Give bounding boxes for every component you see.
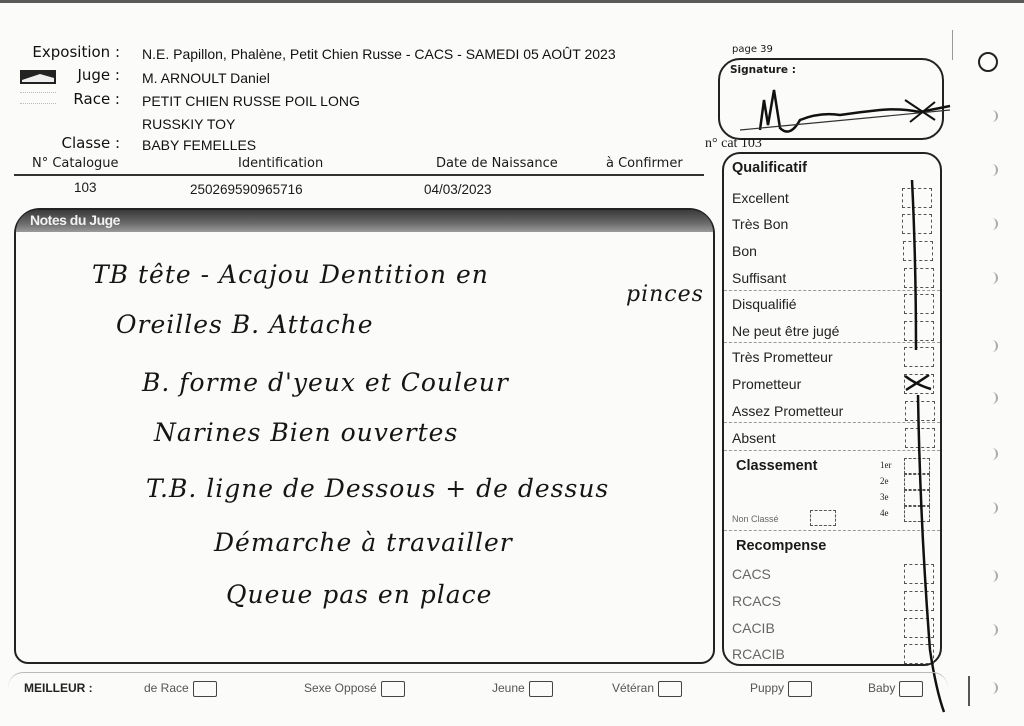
- binder-hole-icon: [988, 272, 998, 284]
- checkbox-absent[interactable]: [905, 428, 935, 448]
- qualificatif-suffisant: Suffisant: [732, 270, 786, 286]
- race-value: PETIT CHIEN RUSSE POIL LONG: [142, 93, 360, 109]
- race-variety: RUSSKIY TOY: [142, 116, 235, 132]
- checkbox-rcacib[interactable]: [904, 644, 934, 664]
- checkbox-ne-peut-etre-juge[interactable]: [904, 321, 934, 341]
- checkbox-baby[interactable]: [899, 681, 923, 697]
- binder-hole-icon: [988, 392, 998, 404]
- checkbox-jeune[interactable]: [529, 681, 553, 697]
- exposition-label: Exposition :: [0, 43, 120, 61]
- juge-value: M. ARNOULT Daniel: [142, 70, 270, 86]
- meilleur-label: MEILLEUR :: [24, 681, 93, 695]
- classe-label: Classe :: [0, 134, 120, 152]
- meilleur-baby: Baby: [868, 681, 923, 697]
- meilleur-de-race: de Race: [144, 681, 217, 697]
- note-line: Démarche à travailler: [214, 528, 513, 557]
- divider: [724, 530, 940, 531]
- check-x-icon: [903, 373, 933, 393]
- meilleur-jeune: Jeune: [492, 681, 553, 697]
- checkbox-excellent[interactable]: [902, 188, 932, 208]
- checkbox-assez-prometteur[interactable]: [905, 401, 935, 421]
- signature-scribble-icon: [720, 60, 960, 140]
- divider: [724, 342, 940, 343]
- signature-box: Signature :: [718, 58, 944, 140]
- qualificatif-assez-prometteur: Assez Prometteur: [732, 403, 843, 419]
- divider: [724, 450, 940, 451]
- checkbox-rcacs[interactable]: [904, 591, 934, 611]
- recompense-rcacib: RCACIB: [732, 646, 785, 662]
- meilleur-veteran: Vétéran: [612, 681, 682, 697]
- meilleur-sexe-oppose-label: Sexe Opposé: [304, 681, 377, 695]
- checkbox-cacib[interactable]: [904, 618, 934, 638]
- checkbox-disqualifie[interactable]: [904, 294, 934, 314]
- note-line: Oreilles B. Attache: [116, 310, 374, 339]
- binder-hole-icon: [988, 570, 998, 582]
- checkbox-veteran[interactable]: [658, 681, 682, 697]
- race-label: Race :: [0, 90, 120, 108]
- qualificatif-absent: Absent: [732, 430, 776, 446]
- checkbox-rank-3[interactable]: [904, 490, 930, 506]
- cell-catalogue: 103: [74, 180, 97, 195]
- meilleur-puppy: Puppy: [750, 681, 812, 697]
- binder-hole-icon: [988, 218, 998, 230]
- judge-notes-header: Notes du Juge: [16, 210, 713, 232]
- scan-top-edge: [0, 0, 1024, 3]
- divider: [724, 422, 940, 423]
- binder-hole-icon: [988, 110, 998, 122]
- checkbox-rank-1[interactable]: [904, 458, 930, 474]
- meilleur-veteran-label: Vétéran: [612, 681, 654, 695]
- binder-hole-icon: [988, 502, 998, 514]
- binder-hole-icon: [988, 624, 998, 636]
- edge-line: [952, 30, 953, 60]
- meilleur-de-race-label: de Race: [144, 681, 189, 695]
- meilleur-puppy-label: Puppy: [750, 681, 784, 695]
- qualification-panel: Qualificatif Excellent Très Bon Bon Suff…: [722, 152, 942, 666]
- note-line: TB tête - Acajou Dentition en: [92, 260, 489, 289]
- non-classe-label: Non Classé: [732, 514, 779, 524]
- checkbox-bon[interactable]: [903, 241, 933, 261]
- table-header: N° Catalogue Identification Date de Nais…: [14, 156, 704, 176]
- binder-hole-icon: [988, 448, 998, 460]
- binder-hole-icon: [988, 682, 998, 694]
- exposition-value: N.E. Papillon, Phalène, Petit Chien Russ…: [142, 46, 616, 62]
- binder-ring-icon: [978, 52, 998, 72]
- qualificatif-title: Qualificatif: [732, 160, 807, 176]
- meilleur-jeune-label: Jeune: [492, 681, 525, 695]
- page-number: page 39: [732, 44, 773, 55]
- meilleur-row: MEILLEUR : de Race Sexe Opposé Jeune Vét…: [8, 672, 948, 703]
- rank-3-label: 3e: [880, 492, 889, 502]
- qualificatif-bon: Bon: [732, 243, 757, 259]
- divider: [724, 290, 940, 291]
- rank-1-label: 1er: [880, 460, 892, 470]
- qualificatif-ne-peut-etre-juge: Ne peut être jugé: [732, 323, 839, 339]
- checkbox-rank-2[interactable]: [904, 474, 930, 490]
- recompense-cacib: CACIB: [732, 620, 775, 636]
- judge-notes-panel: Notes du Juge TB tête - Acajou Dentition…: [14, 208, 715, 664]
- classement-title: Classement: [736, 458, 817, 474]
- meilleur-sexe-oppose: Sexe Opposé: [304, 681, 405, 697]
- binder-hole-icon: [988, 164, 998, 176]
- cell-identification: 250269590965716: [190, 182, 303, 197]
- cell-date-naissance: 04/03/2023: [424, 182, 492, 197]
- recompense-title: Recompense: [736, 538, 826, 554]
- checkbox-de-race[interactable]: [193, 681, 217, 697]
- rank-4-label: 4e: [880, 508, 889, 518]
- checkbox-tres-prometteur[interactable]: [904, 347, 934, 367]
- note-line: Queue pas en place: [226, 580, 492, 609]
- meilleur-baby-label: Baby: [868, 681, 895, 695]
- edge-line: [968, 676, 970, 706]
- checkbox-tres-bon[interactable]: [902, 214, 932, 234]
- col-a-confirmer: à Confirmer: [606, 156, 683, 171]
- checkbox-non-classe[interactable]: [810, 510, 836, 526]
- catalogue-number: n° cat 103: [705, 136, 762, 152]
- qualificatif-tres-prometteur: Très Prometteur: [732, 349, 833, 365]
- note-line: Narines Bien ouvertes: [154, 418, 458, 447]
- note-line: pinces: [626, 282, 704, 307]
- checkbox-suffisant[interactable]: [904, 268, 934, 288]
- checkbox-sexe-oppose[interactable]: [381, 681, 405, 697]
- binder-hole-icon: [988, 340, 998, 352]
- note-line: B. forme d'yeux et Couleur: [142, 368, 509, 397]
- checkbox-prometteur[interactable]: [904, 374, 934, 394]
- qualificatif-excellent: Excellent: [732, 190, 789, 206]
- classe-value: BABY FEMELLES: [142, 137, 256, 153]
- recompense-cacs: CACS: [732, 566, 771, 582]
- judge-notes-title: Notes du Juge: [30, 212, 120, 228]
- col-date-naissance: Date de Naissance: [436, 156, 558, 171]
- rank-2-label: 2e: [880, 476, 889, 486]
- checkbox-puppy[interactable]: [788, 681, 812, 697]
- col-catalogue: N° Catalogue: [32, 156, 119, 171]
- note-line: T.B. ligne de Dessous + de dessus: [146, 474, 609, 503]
- qualificatif-disqualifie: Disqualifié: [732, 296, 797, 312]
- checkbox-cacs[interactable]: [904, 564, 934, 584]
- col-identification: Identification: [238, 156, 323, 171]
- qualificatif-prometteur: Prometteur: [732, 376, 801, 392]
- checkbox-rank-4[interactable]: [904, 506, 930, 522]
- qualificatif-tres-bon: Très Bon: [732, 216, 788, 232]
- juge-label: Juge :: [0, 66, 120, 84]
- recompense-rcacs: RCACS: [732, 593, 781, 609]
